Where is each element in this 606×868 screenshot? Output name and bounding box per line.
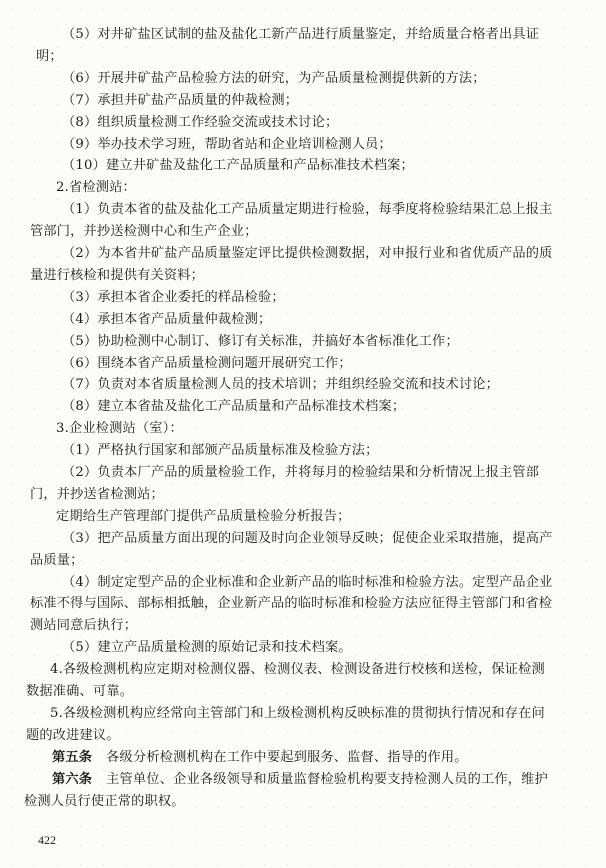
text-line: （2）负责本厂产品的质量检验工作，并将每月的检验结果和分析情况上报主管部 xyxy=(62,464,539,482)
text-line: （5）对井矿盐区试制的盐及盐化工新产品进行质量鉴定，并给质量合格者出具证 xyxy=(62,26,539,44)
text-line: （5）协助检测中心制订、修订有关标准，并搞好本省标准化工作； xyxy=(62,333,459,351)
text-line: （6）围绕本省产品质量检测问题开展研究工作； xyxy=(62,355,352,373)
text-line: （4）制定定型产品的企业标准和企业新产品的临时标准和检验方法。定型产品企业 xyxy=(62,574,553,592)
text-line: （1）负责本省的盐及盐化工产品质量定期进行检验，每季度将检验结果汇总上报主 xyxy=(62,201,553,219)
text-line: 5.各级检测机构应经常向主管部门和上级检测机构反映标准的贯彻执行情况和存在问 xyxy=(50,705,545,723)
text-line: 题的改进建议。 xyxy=(26,727,120,745)
document-page: （5）对井矿盐区试制的盐及盐化工新产品进行质量鉴定，并给质量合格者出具证明；（6… xyxy=(0,0,606,868)
text-line: 3.企业检测站（室）： xyxy=(56,420,183,438)
text-line: （6）开展井矿盐产品检验方法的研究，为产品质量检测提供新的方法； xyxy=(62,70,486,88)
text-line: （10）建立井矿盐及盐化工产品质量和产品标准技术档案； xyxy=(62,157,414,175)
text-line: （7）负责对本省质量检测人员的技术培训；并组织经验交流和技术讨论； xyxy=(62,376,499,394)
text-line: （9）举办技术学习班，帮助省站和企业培训检测人员； xyxy=(62,136,392,154)
text-line: 量进行核检和提供有关资料； xyxy=(30,267,204,285)
article-text: 检测人员行使正常的职权。 xyxy=(24,794,185,809)
article-text: 主管单位、企业各级领导和质量监督检验机构要支持检测人员的工作，维护 xyxy=(106,772,548,787)
text-line: 标准不得与国际、部标相抵触，企业新产品的临时标准和检验方法应征得主管部门和省检 xyxy=(30,595,552,613)
text-line: （3）承担本省企业委托的样品检验； xyxy=(62,289,285,307)
article-line: 第五条各级分析检测机构在工作中要起到服务、监督、指导的作用。 xyxy=(52,749,468,767)
text-line: （8）组织质量检测工作经验交流或技术讨论； xyxy=(62,114,338,132)
text-line: （7）承担井矿盐产品质量的仲裁检测； xyxy=(62,92,298,110)
text-line: （4）承担本省产品质量仲裁检测； xyxy=(62,311,271,329)
article-label: 第五条 xyxy=(52,750,92,765)
text-line: 管部门，并抄送检测中心和生产企业； xyxy=(30,223,258,241)
text-line: 品质量； xyxy=(30,552,84,570)
text-line: 定期给生产管理部门提供产品质量检验分析报告； xyxy=(56,508,351,526)
article-text: 各级分析检测机构在工作中要起到服务、监督、指导的作用。 xyxy=(106,750,467,765)
text-line: （5）建立产品质量检测的原始记录和技术档案。 xyxy=(62,639,352,657)
text-line: 明； xyxy=(36,48,63,66)
text-line: （2）为本省井矿盐产品质量鉴定评比提供检测数据，对申报行业和省优质产品的质 xyxy=(62,245,553,263)
text-line: 门，并抄送省检测站； xyxy=(30,486,164,504)
text-line: （1）严格执行国家和部颁产品质量标准及检验方法； xyxy=(62,442,379,460)
page-number: 422 xyxy=(38,833,56,848)
text-line: 2.省检测站： xyxy=(56,179,136,197)
text-line: （3）把产品质量方面出现的问题及时向企业领导反映；促使企业采取措施，提高产 xyxy=(62,530,553,548)
text-line: 数据准确、可靠。 xyxy=(26,683,133,701)
article-label: 第六条 xyxy=(52,772,92,787)
text-line: （8）建立本省盐及盐化工产品质量和产品标准技术档案； xyxy=(62,398,405,416)
text-line: 测站同意后执行； xyxy=(30,617,137,635)
text-line: 4.各级检测机构应定期对检测仪器、检测仪表、检测设备进行校核和送检，保证检测 xyxy=(50,661,545,679)
article-line: 检测人员行使正常的职权。 xyxy=(24,793,185,811)
article-line: 第六条主管单位、企业各级领导和质量监督检验机构要支持检测人员的工作，维护 xyxy=(52,771,548,789)
